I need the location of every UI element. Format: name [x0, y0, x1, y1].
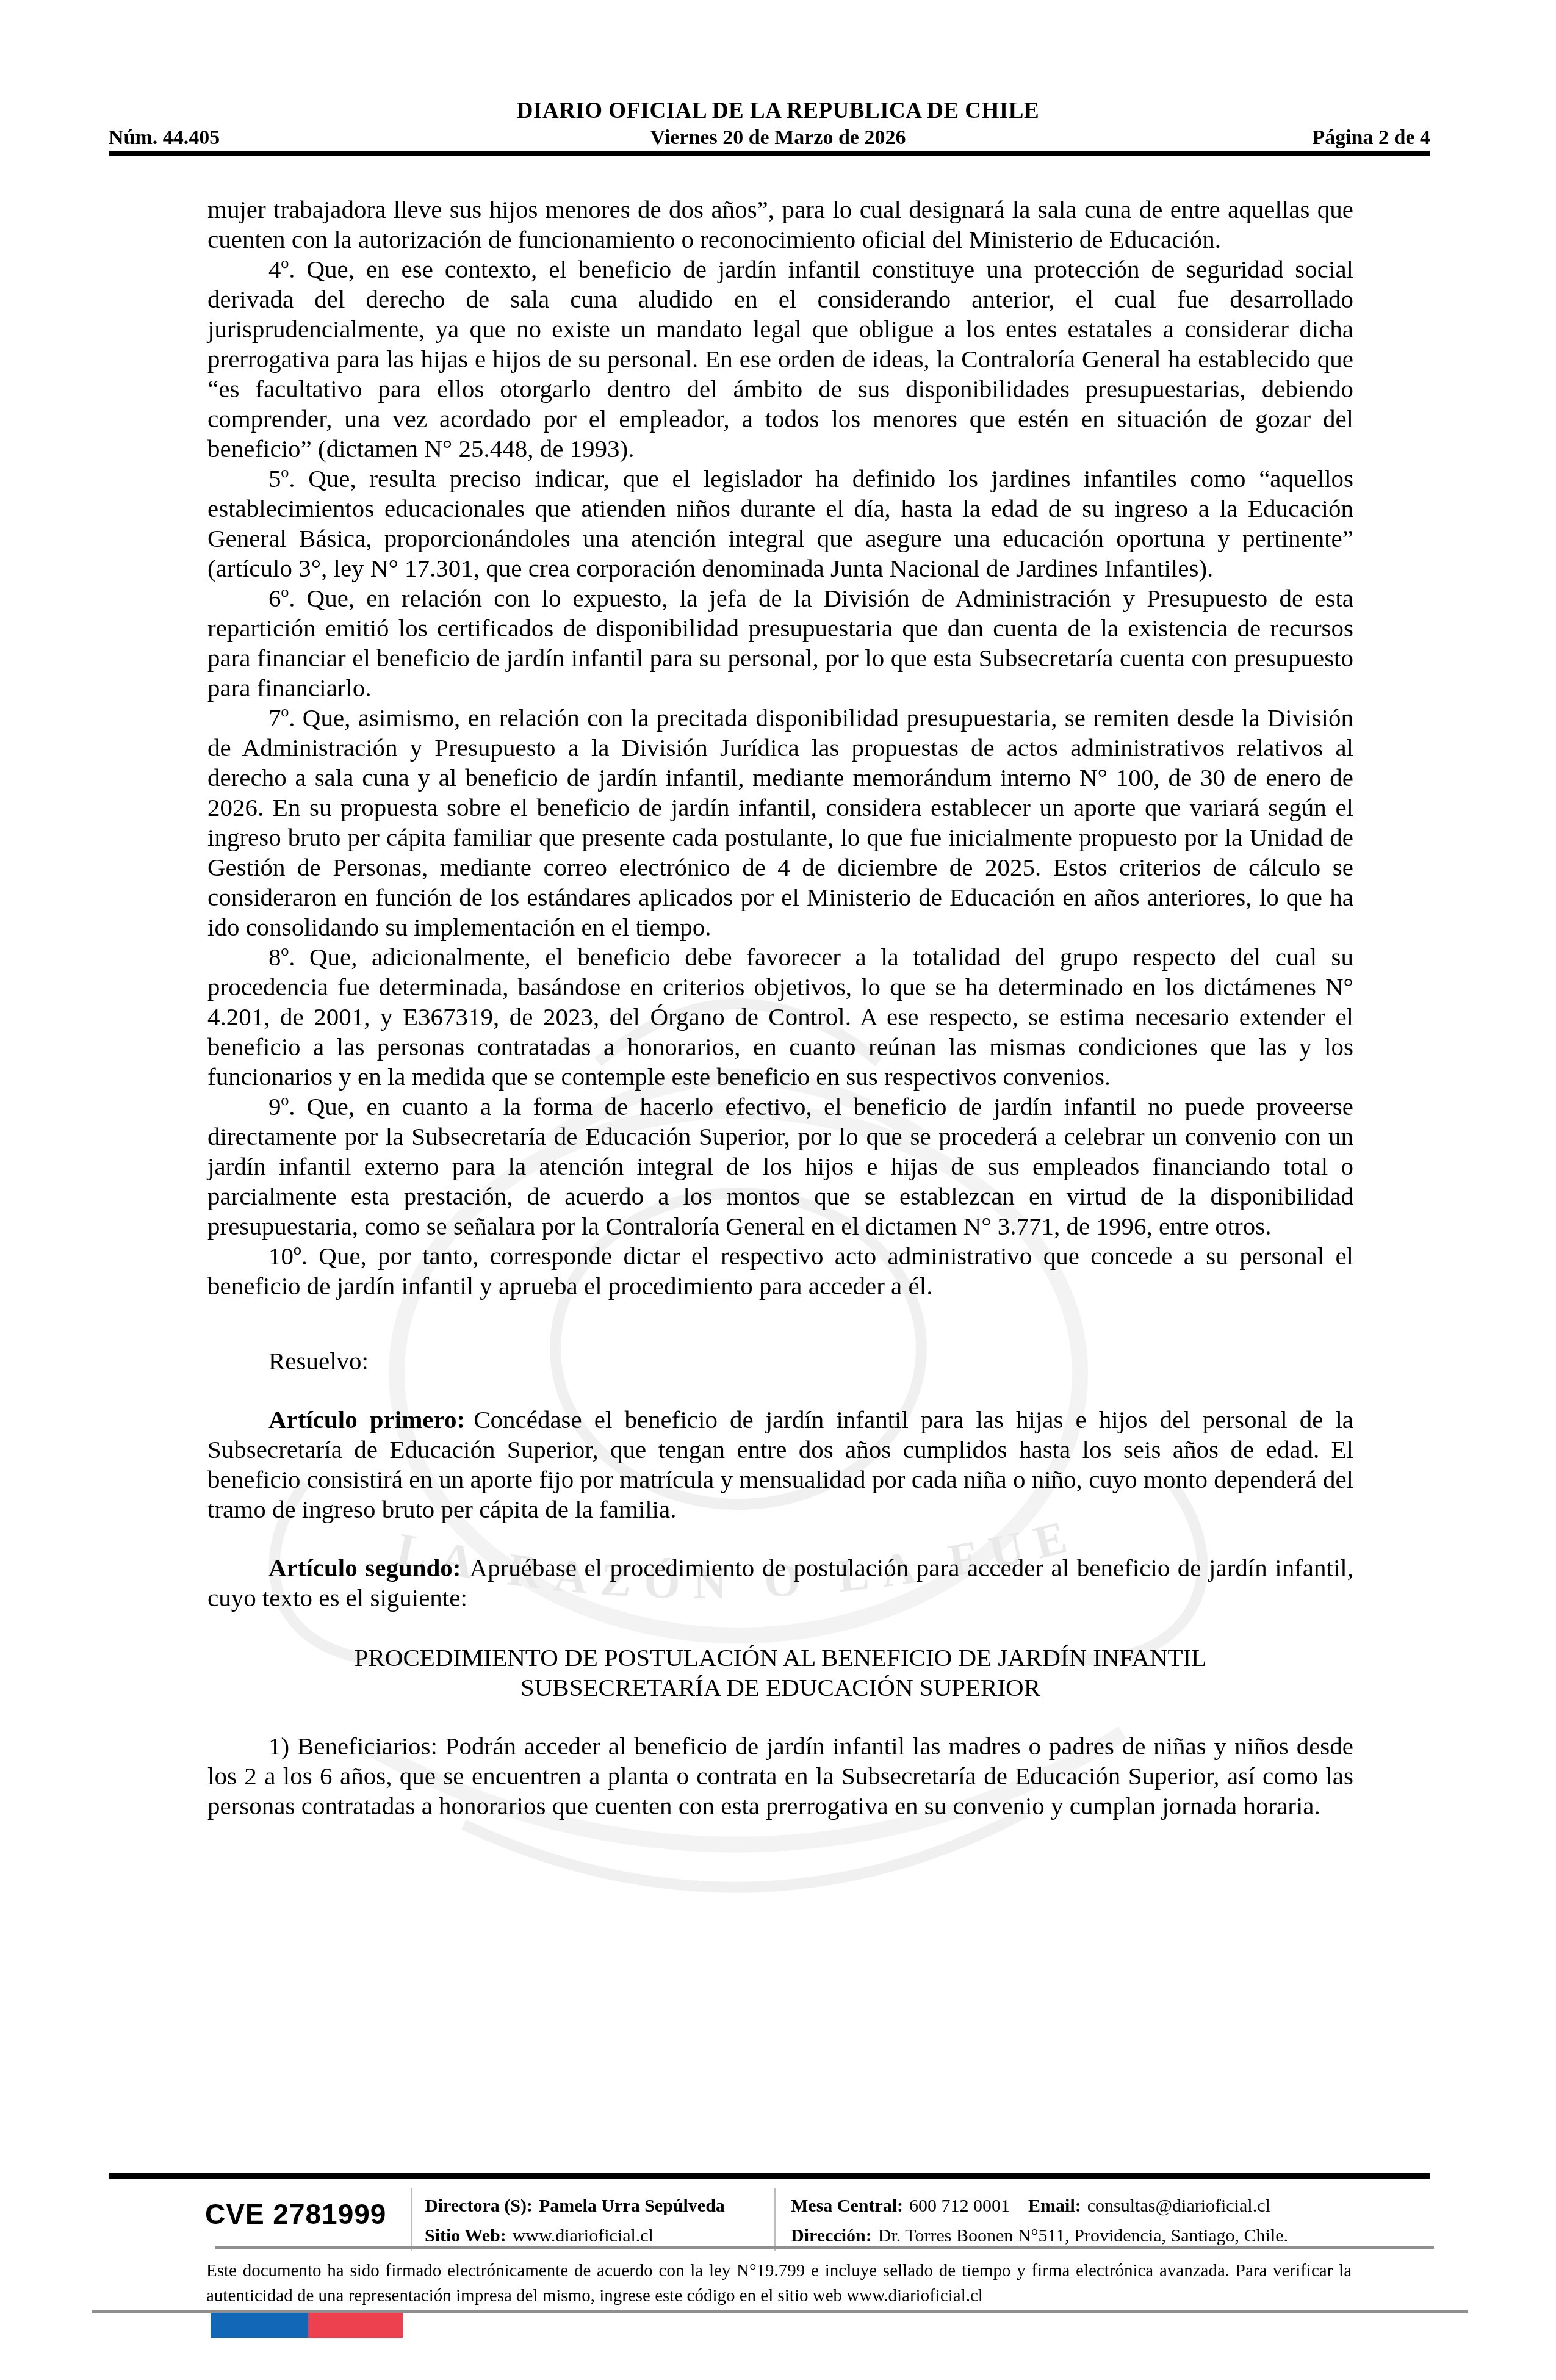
article-first-label: Artículo primero:: [268, 1405, 465, 1433]
flag-red-block: [308, 2313, 403, 2338]
considerando-6: 6º. Que, en relación con lo expuesto, la…: [207, 583, 1353, 703]
address-label: Dirección:: [791, 2226, 872, 2246]
footer-divider: [774, 2188, 776, 2251]
website-value: www.diarioficial.cl: [513, 2226, 654, 2246]
gazette-title: DIARIO OFICIAL DE LA REPUBLICA DE CHILE: [0, 98, 1556, 124]
phone-value: 600 712 0001: [909, 2196, 1010, 2216]
considerando-5: 5º. Que, resulta preciso indicar, que el…: [207, 464, 1353, 583]
footer-divider: [411, 2188, 412, 2251]
header-rule: [109, 151, 1430, 156]
phone-label: Mesa Central:: [791, 2196, 903, 2216]
footer-director-block: Directora (S):Pamela Urra Sepúlveda Siti…: [425, 2191, 725, 2251]
procedure-heading: PROCEDIMIENTO DE POSTULACIÓN AL BENEFICI…: [207, 1643, 1353, 1703]
considerando-7: 7º. Que, asimismo, en relación con la pr…: [207, 703, 1353, 942]
flag-blue-block: [211, 2313, 308, 2338]
considerando-8: 8º. Que, adicionalmente, el beneficio de…: [207, 942, 1353, 1092]
article-second-label: Artículo segundo:: [268, 1554, 461, 1582]
document-body: mujer trabajadora lleve sus hijos menore…: [207, 195, 1353, 1821]
director-label: Directora (S):: [425, 2196, 533, 2216]
resuelvo-heading: Resuelvo:: [207, 1346, 1353, 1376]
address-value: Dr. Torres Boonen N°511, Providencia, Sa…: [878, 2226, 1288, 2246]
phone-email-line: Mesa Central:600 712 0001Email:consultas…: [791, 2191, 1288, 2221]
beneficiaries-paragraph: 1) Beneficiarios: Podrán acceder al bene…: [207, 1731, 1353, 1821]
legal-notice: Este documento ha sido firmado electróni…: [206, 2259, 1352, 2309]
director-line: Directora (S):Pamela Urra Sepúlveda: [425, 2191, 725, 2221]
article-first: Artículo primero:Concédase el beneficio …: [207, 1405, 1353, 1524]
footer-gray-rule: [215, 2246, 1434, 2249]
page-indicator: Página 2 de 4: [1312, 126, 1430, 150]
considerando-9: 9º. Que, en cuanto a la forma de hacerlo…: [207, 1092, 1353, 1241]
considerando-10: 10º. Que, por tanto, corresponde dictar …: [207, 1241, 1353, 1301]
website-label: Sitio Web:: [425, 2226, 506, 2246]
article-second: Artículo segundo:Apruébase el procedimie…: [207, 1553, 1353, 1613]
considerando-4: 4º. Que, en ese contexto, el beneficio d…: [207, 254, 1353, 464]
procedure-heading-line2: SUBSECRETARÍA DE EDUCACIÓN SUPERIOR: [520, 1673, 1040, 1701]
email-value: consultas@diarioficial.cl: [1087, 2196, 1270, 2216]
footer-contact-block: Mesa Central:600 712 0001Email:consultas…: [791, 2191, 1288, 2251]
watermark-base-swirl: [464, 1812, 1025, 1888]
gazette-page: DIARIO OFICIAL DE LA REPUBLICA DE CHILE …: [0, 0, 1556, 2380]
footer-rule: [109, 2173, 1430, 2179]
procedure-heading-line1: PROCEDIMIENTO DE POSTULACIÓN AL BENEFICI…: [355, 1643, 1207, 1671]
email-label: Email:: [1028, 2196, 1081, 2216]
director-name: Pamela Urra Sepúlveda: [539, 2196, 725, 2216]
paragraph-continuation: mujer trabajadora lleve sus hijos menore…: [207, 195, 1353, 254]
cve-code: CVE 2781999: [205, 2198, 386, 2230]
